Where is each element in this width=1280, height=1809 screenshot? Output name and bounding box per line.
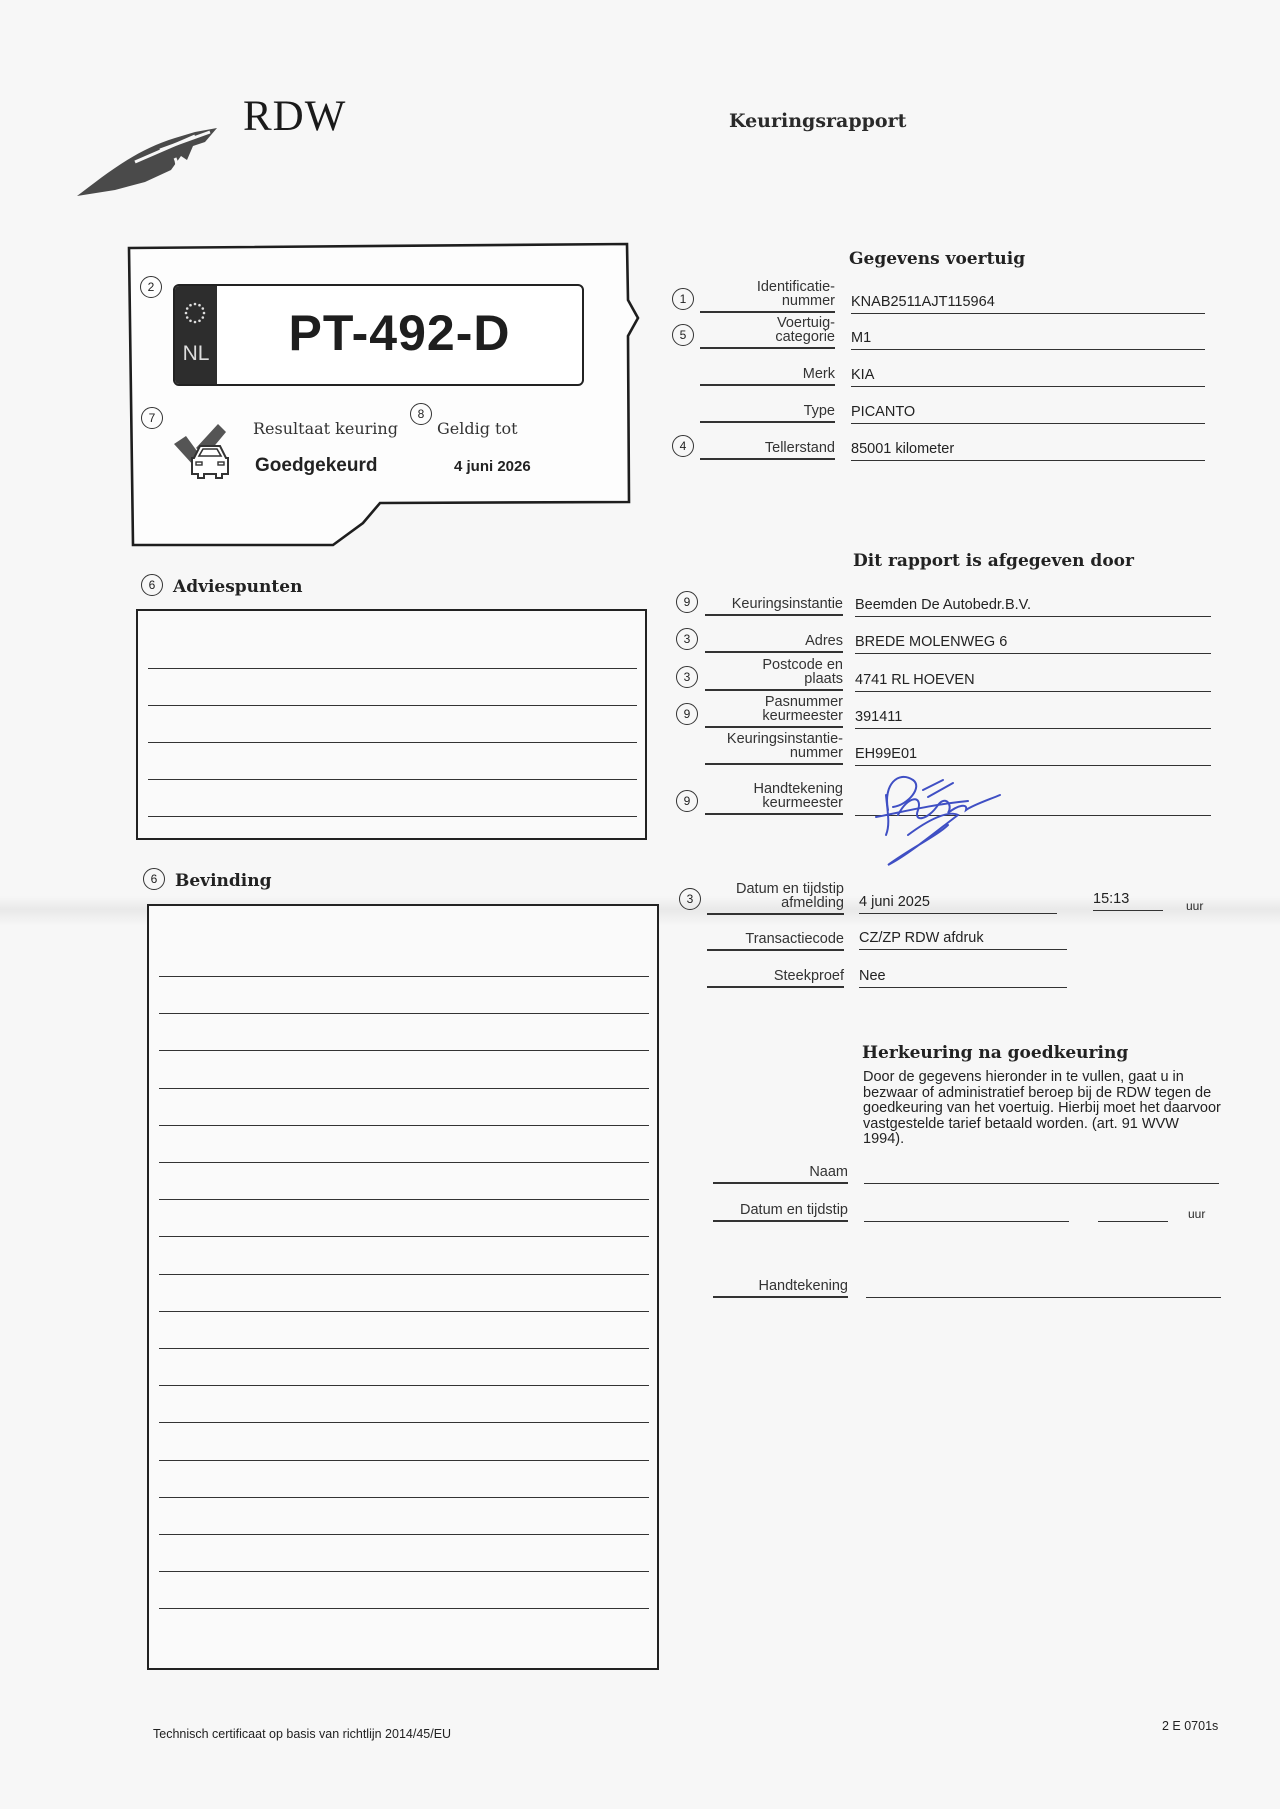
datetime-time-value: 15:13 (1093, 891, 1163, 911)
writing-line (159, 1199, 649, 1200)
writing-line (159, 1274, 649, 1275)
field-label: Keuringsinstantie (705, 597, 843, 616)
logo-text: RDW (243, 92, 346, 141)
name-input[interactable] (864, 1165, 1219, 1184)
writing-line (159, 1422, 649, 1423)
issuer-section-title: Dit rapport is afgegeven door (853, 551, 1134, 571)
reinspection-time-unit: uur (1188, 1207, 1205, 1221)
license-plate: NL PT-492-D (173, 284, 584, 386)
field-label: Adres (705, 634, 843, 653)
writing-line (148, 816, 637, 817)
writing-line (159, 1348, 649, 1349)
field-value: BREDE MOLENWEG 6 (855, 634, 1211, 654)
field-label: Pasnummerkeurmeester (705, 695, 843, 728)
field-value: 391411 (855, 709, 1211, 729)
writing-line (159, 1385, 649, 1386)
writing-line (159, 1311, 649, 1312)
writing-line (159, 1571, 649, 1572)
reinspection-datetime-label: Datum en tijdstip (713, 1203, 848, 1222)
footer-form-code: 2 E 0701s (1162, 1719, 1218, 1733)
marker-6-advice: 6 (141, 574, 163, 596)
writing-line (159, 1497, 649, 1498)
findings-title: Bevinding (175, 871, 271, 891)
writing-line (159, 1013, 649, 1014)
marker-4: 4 (672, 435, 694, 457)
writing-line (159, 976, 649, 977)
marker-3: 3 (676, 628, 698, 650)
marker-8: 8 (410, 403, 432, 425)
field-value: Beemden De Autobedr.B.V. (855, 597, 1211, 617)
marker-6-findings: 6 (143, 868, 165, 890)
reinspection-text: Door de gegevens hieronder in te vullen,… (863, 1070, 1223, 1148)
eu-stars-icon (184, 302, 206, 324)
field-label: Merk (700, 367, 835, 386)
datetime-unit: uur (1186, 899, 1203, 913)
field-label: Keuringsinstantie-nummer (705, 732, 843, 765)
field-label: Postcode enplaats (705, 658, 843, 691)
field-label: Type (700, 404, 835, 423)
reinspection-time-input[interactable] (1098, 1203, 1168, 1222)
eu-band (175, 286, 217, 384)
field-label: Identificatie-nummer (700, 280, 835, 313)
field-label: Voertuig-categorie (700, 316, 835, 349)
valid-until-value: 4 juni 2026 (454, 458, 531, 475)
vehicle-section-title: Gegevens voertuig (849, 249, 1025, 269)
document-title: Keuringsrapport (729, 110, 906, 132)
field-value: PICANTO (851, 404, 1205, 424)
name-label: Naam (713, 1165, 848, 1184)
writing-line (159, 1460, 649, 1461)
writing-line (148, 705, 637, 706)
footer-directive: Technisch certificaat op basis van richt… (153, 1727, 451, 1741)
field-value: 4741 RL HOEVEN (855, 672, 1211, 692)
reinspection-date-input[interactable] (864, 1203, 1069, 1222)
advice-title: Adviespunten (173, 577, 302, 597)
field-value: EH99E01 (855, 746, 1211, 766)
field-label: Handtekeningkeurmeester (705, 782, 843, 815)
reinspection-signature-label: Handtekening (713, 1279, 848, 1298)
field-value: M1 (851, 330, 1205, 350)
reinspection-signature-input[interactable] (866, 1279, 1221, 1298)
writing-line (159, 1534, 649, 1535)
field-label: Tellerstand (700, 441, 835, 460)
marker-9: 9 (676, 790, 698, 812)
transaction-label: Transactiecode (707, 932, 844, 951)
writing-line (159, 1162, 649, 1163)
marker-7: 7 (141, 407, 163, 429)
valid-until-label: Geldig tot (437, 419, 518, 438)
writing-line (159, 1088, 649, 1089)
sample-label: Steekproef (707, 969, 844, 988)
marker-9: 9 (676, 591, 698, 613)
marker-2: 2 (140, 276, 162, 298)
writing-line (148, 742, 637, 743)
writing-line (159, 1236, 649, 1237)
field-value: KNAB2511AJT115964 (851, 294, 1205, 314)
datetime-date-value: 4 juni 2025 (859, 894, 1057, 914)
marker-9: 9 (676, 703, 698, 725)
result-label: Resultaat keuring (253, 419, 398, 438)
marker-5: 5 (672, 324, 694, 346)
marker-3: 3 (679, 888, 701, 910)
field-value: KIA (851, 367, 1205, 387)
writing-line (159, 1608, 649, 1609)
writing-line (148, 779, 637, 780)
writing-line (159, 1125, 649, 1126)
country-code: NL (179, 342, 213, 366)
transaction-value: CZ/ZP RDW afdruk (859, 930, 1067, 950)
advice-textarea[interactable] (136, 609, 647, 840)
rdw-feather-logo-icon (75, 120, 225, 200)
result-value: Goedgekeurd (255, 455, 377, 477)
datetime-label: Datum en tijdstipafmelding (707, 882, 844, 915)
marker-1: 1 (672, 288, 694, 310)
approved-car-check-icon (172, 422, 242, 482)
findings-textarea[interactable] (147, 904, 659, 1670)
reinspection-title: Herkeuring na goedkeuring (862, 1043, 1128, 1063)
sample-value: Nee (859, 968, 1067, 988)
marker-3: 3 (676, 666, 698, 688)
writing-line (159, 1050, 649, 1051)
field-value: 85001 kilometer (851, 441, 1205, 461)
writing-line (148, 668, 637, 669)
plate-number: PT-492-D (217, 304, 582, 362)
handwritten-signature-icon (868, 765, 1038, 870)
